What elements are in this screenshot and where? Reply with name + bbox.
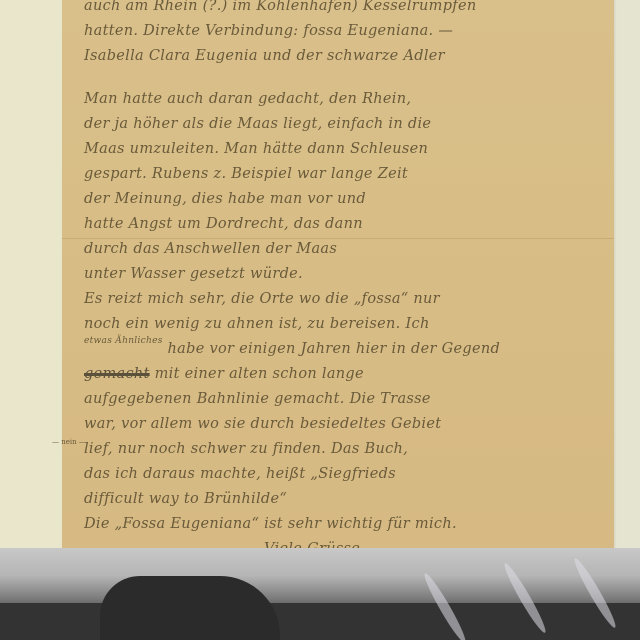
letter-text: auch am Rhein (?.) im Kohlenhafen) Kesse… <box>84 0 554 587</box>
letter-line: der ja höher als die Maas liegt, einfach… <box>84 112 554 137</box>
letter-line: das ich daraus machte, heißt „Siegfrieds <box>84 462 554 487</box>
letter-line: noch ein wenig zu ahnen ist, zu bereisen… <box>84 312 554 337</box>
letter-line: unter Wasser gesetzt würde. <box>84 262 554 287</box>
letter-line: difficult way to Brünhilde“ <box>84 487 554 512</box>
letter-line: Isabella Clara Eugenia und der schwarze … <box>84 44 554 69</box>
letter-line: lief, nur noch schwer zu finden. Das Buc… <box>84 437 554 462</box>
treeline <box>0 603 640 640</box>
letter-line: Die „Fossa Eugeniana“ ist sehr wichtig f… <box>84 512 554 537</box>
struck-word: gemacht <box>84 366 150 382</box>
letter-line: Man hatte auch daran gedacht, den Rhein, <box>84 87 554 112</box>
letter-line: aufgegebenen Bahnlinie gemacht. Die Tras… <box>84 387 554 412</box>
letter-line: Es reizt mich sehr, die Orte wo die „fos… <box>84 287 554 312</box>
letter-line: gespart. Rubens z. Beispiel war lange Ze… <box>84 162 554 187</box>
letter-line: hatte Angst um Dordrecht, das dann <box>84 212 554 237</box>
margin-note: — nein — <box>52 438 86 446</box>
insertion-note: etwas Ähnliches <box>84 336 163 346</box>
letter-line: auch am Rhein (?.) im Kohlenhafen) Kesse… <box>84 0 554 19</box>
tree-cluster <box>100 576 280 640</box>
letter-line: Maas umzuleiten. Man hätte dann Schleuse… <box>84 137 554 162</box>
letter-line: gemacht mit einer alten schon lange <box>84 362 554 387</box>
letter-line: etwas Ähnliches habe vor einigen Jahren … <box>84 337 554 362</box>
mount-board-edge <box>614 0 640 560</box>
letter-line: hatten. Direkte Verbindung: fossa Eugeni… <box>84 19 554 44</box>
letter-line: durch das Anschwellen der Maas <box>84 237 554 262</box>
panoramic-photo <box>0 548 640 640</box>
letter-line: war, vor allem wo sie durch besiedeltes … <box>84 412 554 437</box>
letter-line: der Meinung, dies habe man vor und <box>84 187 554 212</box>
